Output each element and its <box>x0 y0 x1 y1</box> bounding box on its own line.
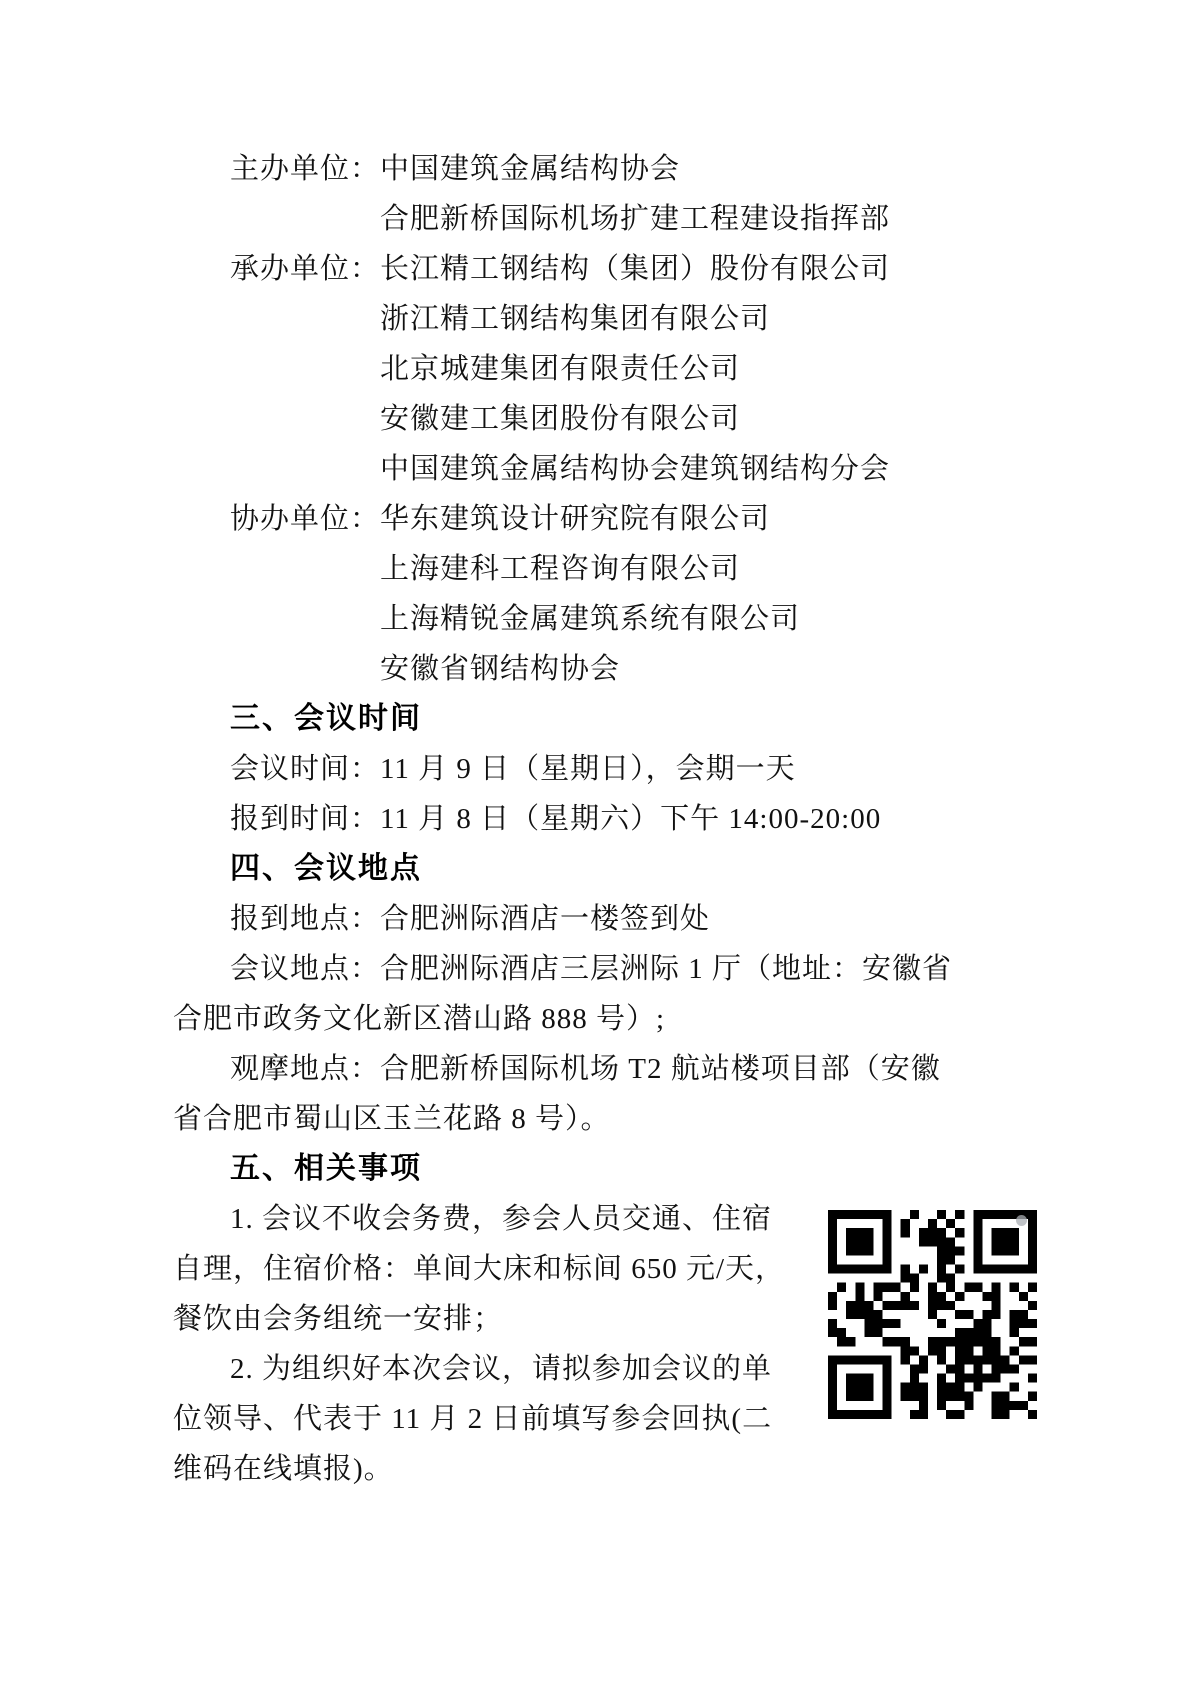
meeting-location-line-continued: 合肥市政务文化新区潜山路 888 号）; <box>173 994 1025 1044</box>
organizer-label <box>230 194 380 244</box>
organizer-label <box>230 644 380 694</box>
qr-code-image <box>828 1210 1037 1419</box>
section-heading-notes: 五、相关事项 <box>173 1144 1025 1194</box>
organizer-value: 长江精工钢结构（集团）股份有限公司 <box>380 244 890 294</box>
section-heading-meeting-location: 四、会议地点 <box>173 844 1025 894</box>
organizer-row: 上海建科工程咨询有限公司 <box>173 544 1025 594</box>
organizer-label: 承办单位： <box>230 244 380 294</box>
organizer-row: 上海精锐金属建筑系统有限公司 <box>173 594 1025 644</box>
organizer-label: 协办单位： <box>230 494 380 544</box>
organizer-label <box>230 294 380 344</box>
organizer-value: 浙江精工钢结构集团有限公司 <box>380 294 770 344</box>
organizer-label <box>230 444 380 494</box>
organizer-row: 安徽省钢结构协会 <box>173 644 1025 694</box>
organizer-label <box>230 394 380 444</box>
organizer-row: 安徽建工集团股份有限公司 <box>173 394 1025 444</box>
organizer-value: 华东建筑设计研究院有限公司 <box>380 494 770 544</box>
observation-location-line: 观摩地点：合肥新桥国际机场 T2 航站楼项目部（安徽 <box>173 1044 1025 1094</box>
qr-watermark-dot <box>1016 1215 1027 1226</box>
organizer-row: 中国建筑金属结构协会建筑钢结构分会 <box>173 444 1025 494</box>
organizer-row: 合肥新桥国际机场扩建工程建设指挥部 <box>173 194 1025 244</box>
organizer-label: 主办单位： <box>230 144 380 194</box>
observation-location-line-continued: 省合肥市蜀山区玉兰花路 8 号）。 <box>173 1094 1025 1144</box>
organizer-label <box>230 544 380 594</box>
organizer-label <box>230 344 380 394</box>
organizer-row: 承办单位：长江精工钢结构（集团）股份有限公司 <box>173 244 1025 294</box>
organizer-value: 上海精锐金属建筑系统有限公司 <box>380 594 800 644</box>
organizer-value: 上海建科工程咨询有限公司 <box>380 544 740 594</box>
organizer-row: 协办单位：华东建筑设计研究院有限公司 <box>173 494 1025 544</box>
organizer-value: 中国建筑金属结构协会 <box>380 144 680 194</box>
organizer-value: 中国建筑金属结构协会建筑钢结构分会 <box>380 444 890 494</box>
document-page: 主办单位：中国建筑金属结构协会 合肥新桥国际机场扩建工程建设指挥部 承办单位：长… <box>0 0 1190 1683</box>
organizer-row: 主办单位：中国建筑金属结构协会 <box>173 144 1025 194</box>
section-heading-meeting-time: 三、会议时间 <box>173 694 1025 744</box>
organizer-row: 浙江精工钢结构集团有限公司 <box>173 294 1025 344</box>
meeting-time-line: 会议时间：11 月 9 日（星期日），会期一天 <box>173 744 1025 794</box>
organizer-value: 合肥新桥国际机场扩建工程建设指挥部 <box>380 194 890 244</box>
meeting-location-line: 会议地点：合肥洲际酒店三层洲际 1 厅（地址：安徽省 <box>173 944 1025 994</box>
checkin-time-line: 报到时间：11 月 8 日（星期六）下午 14:00-20:00 <box>173 794 1025 844</box>
organizer-value: 安徽省钢结构协会 <box>380 644 620 694</box>
organizer-row: 北京城建集团有限责任公司 <box>173 344 1025 394</box>
organizer-label <box>230 594 380 644</box>
checkin-location-line: 报到地点：合肥洲际酒店一楼签到处 <box>173 894 1025 944</box>
note-2-line-continued: 维码在线填报)。 <box>173 1444 1025 1494</box>
organizer-value: 安徽建工集团股份有限公司 <box>380 394 740 444</box>
organizer-value: 北京城建集团有限责任公司 <box>380 344 740 394</box>
